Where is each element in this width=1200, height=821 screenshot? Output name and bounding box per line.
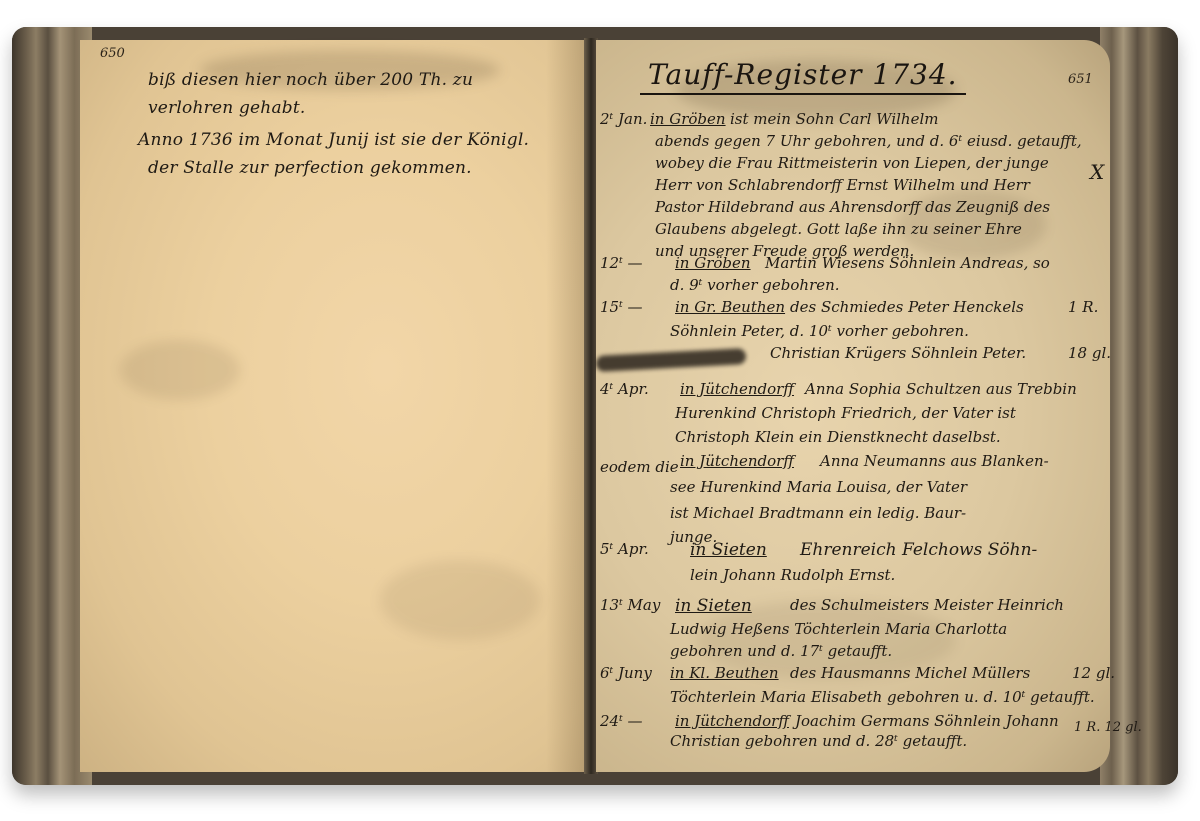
entry-text: des Hausmanns Michel Müllers [790,664,1030,682]
handwritten-line: Anno 1736 im Monat Junij ist sie der Kön… [138,130,529,150]
handwritten-line: biß diesen hier noch über 200 Th. zu [148,70,473,90]
entry-text: gebohren und d. 17ᵗ getaufft. [670,642,892,660]
entry-text: Martin Wiesens Söhnlein Andreas, so [765,254,1050,272]
fee-amount: 1 R. [1068,298,1098,316]
entry-text: Söhnlein Peter, d. 10ᵗ vorher gebohren. [670,322,969,340]
entry-text: ist Michael Bradtmann ein ledig. Baur- [670,504,966,522]
entry-text: Töchterlein Maria Elisabeth gebohren u. … [670,688,1095,706]
entry-date: 5ᵗ Apr. [600,540,649,558]
entry-place: in Gröben [650,110,726,128]
register-title: Tauff-Register 1734. [640,58,966,95]
fee-amount: 18 gl. [1068,344,1111,362]
handwritten-line: verlohren gehabt. [148,98,306,118]
entry-text: lein Johann Rudolph Ernst. [690,566,895,584]
entry-date: 24ᵗ — [600,712,643,730]
entry-text: des Schulmeisters Meister Heinrich [790,596,1064,614]
entry-place: in Sieten [690,540,767,560]
entry-place: in Jütchendorff [675,712,789,730]
entry-date: eodem die [600,458,679,476]
entry-text: Hurenkind Christoph Friedrich, der Vater… [675,404,1016,422]
entry-date: 13ᵗ May [600,596,660,614]
entry-date: 15ᵗ — [600,298,643,316]
fee-amount: 1 R. 12 gl. [1074,720,1142,735]
entry-text: Christoph Klein ein Dienstknecht daselbs… [675,428,1001,446]
handwritten-line: der Stalle zur perfection gekommen. [148,158,472,178]
entry-date: 4ᵗ Apr. [600,380,649,398]
entry-place: in Sieten [675,596,752,616]
entry-text: Anna Neumanns aus Blanken- [820,452,1049,470]
entry-text: Joachim Germans Söhnlein Johann [795,712,1059,730]
entry-text: Christian Krügers Söhnlein Peter. [770,344,1026,362]
fee-amount: 12 gl. [1072,664,1115,682]
folio-number-right: 651 [1068,72,1093,87]
entry-place: in Jütchendorff [680,452,794,470]
entry-text: d. 9ᵗ vorher gebohren. [670,276,840,294]
entry-place: in Gröben [675,254,751,272]
entry-date: 2ᵗ Jan. [600,110,647,128]
entry-text: Glaubens abgelegt. Gott laße ihn zu sein… [655,220,1022,238]
entry-text: ist mein Sohn Carl Wilhelm [730,110,938,128]
entry-text: Herr von Schlabrendorff Ernst Wilhelm un… [655,176,1030,194]
entry-text: Christian gebohren und d. 28ᵗ getaufft. [670,732,967,750]
entry-place: in Jütchendorff [680,380,794,398]
margin-mark: X [1090,160,1104,184]
entry-text: Pastor Hildebrand aus Ahrensdorff das Ze… [655,198,1050,216]
entry-text: Anna Sophia Schultzen aus Trebbin [805,380,1077,398]
entry-place: in Gr. Beuthen [675,298,785,316]
entry-text: abends gegen 7 Uhr gebohren, und d. 6ᵗ e… [655,132,1082,150]
entry-text: wobey die Frau Rittmeisterin von Liepen,… [655,154,1049,172]
entry-text: Ludwig Heßens Töchterlein Maria Charlott… [670,620,1007,638]
entry-date: 12ᵗ — [600,254,643,272]
entry-text: see Hurenkind Maria Louisa, der Vater [670,478,967,496]
entry-place: in Kl. Beuthen [670,664,779,682]
entry-text: des Schmiedes Peter Henckels [790,298,1024,316]
folio-number-left: 650 [100,46,125,61]
entry-text: Ehrenreich Felchows Söhn- [800,540,1037,560]
entry-date: 6ᵗ Juny [600,664,652,682]
